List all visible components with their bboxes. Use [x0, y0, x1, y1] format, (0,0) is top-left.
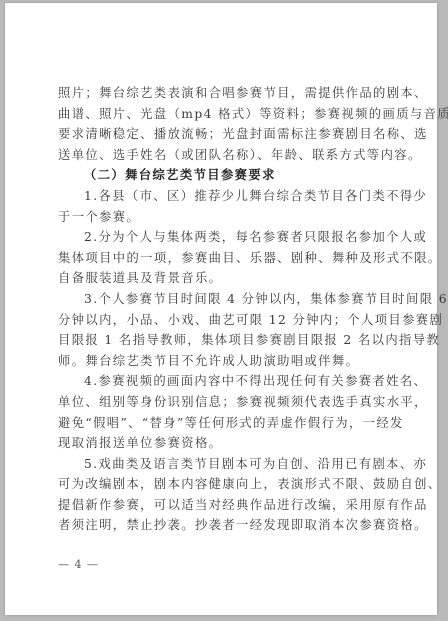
item-3-line-4: 师。舞台综艺类节目不允许成人助演助唱或伴舞。	[58, 351, 386, 372]
item-1-line-2: 于一个参赛。	[58, 207, 386, 228]
item-1-line-1: 1.各县（市、区）推荐少儿舞台综合类节目各门类不得少	[58, 186, 386, 207]
document-page: 照片；舞台综艺类表演和合唱参赛节目，需提供作品的剧本、 曲谱、照片、光盘（mp4…	[5, 3, 437, 615]
item-2-line-2: 集体项目中的一项，参赛曲目、乐器、剧种、舞种及形式不限。	[58, 248, 386, 269]
text-line: 曲谱、照片、光盘（mp4 格式）等资料；参赛视频的画质与音质	[58, 104, 386, 125]
item-3-line-1: 3.个人参赛节目时间限 4 分钟以内，集体参赛节目时间限 6	[58, 289, 386, 310]
item-4-line-4: 现取消报送单位参赛资格。	[58, 433, 386, 454]
item-2-line-3: 自备服装道具及背景音乐。	[58, 268, 386, 289]
text-line: 要求清晰稳定、播放流畅；光盘封面需标注参赛剧目名称、选	[58, 124, 386, 145]
page-number: — 4 —	[58, 558, 99, 571]
item-3-line-3: 目限报 1 名指导教师，集体项目参赛剧目限报 2 名以内指导教	[58, 330, 386, 351]
document-body: 照片；舞台综艺类表演和合唱参赛节目，需提供作品的剧本、 曲谱、照片、光盘（mp4…	[58, 83, 386, 536]
text-line: 照片；舞台综艺类表演和合唱参赛节目，需提供作品的剧本、	[58, 83, 386, 104]
item-5-line-2: 可为改编剧本，剧本内容健康向上，表演形式不限、鼓励自创、	[58, 474, 386, 495]
item-2-line-1: 2.分为个人与集体两类，每名参赛者只限报名参加个人或	[58, 227, 386, 248]
item-5-line-1: 5.戏曲类及语言类节目剧本可为自创、沿用已有剧本、亦	[58, 454, 386, 475]
section-heading: （二）舞台综艺类节目参赛要求	[58, 165, 386, 186]
item-4-line-1: 4.参赛视频的画面内容中不得出现任何有关参赛者姓名、	[58, 371, 386, 392]
item-3-line-2: 分钟以内，小品、小戏、曲艺可限 12 分钟内；个人项目参赛剧	[58, 310, 386, 331]
item-4-line-2: 单位、组别等身份识别信息；参赛视频须代表选手真实水平，	[58, 392, 386, 413]
text-line: 送单位、选手姓名（或团队名称）、年龄、联系方式等内容。	[58, 145, 386, 166]
item-5-line-3: 提倡新作参赛，可以适当对经典作品进行改编，采用原有作品	[58, 495, 386, 516]
item-5-line-4: 者须注明，禁止抄袭。抄袭者一经发现即取消本次参赛资格。	[58, 515, 386, 536]
item-4-line-3: 避免“假唱”、“替身”等任何形式的弄虚作假行为，一经发	[58, 413, 386, 434]
